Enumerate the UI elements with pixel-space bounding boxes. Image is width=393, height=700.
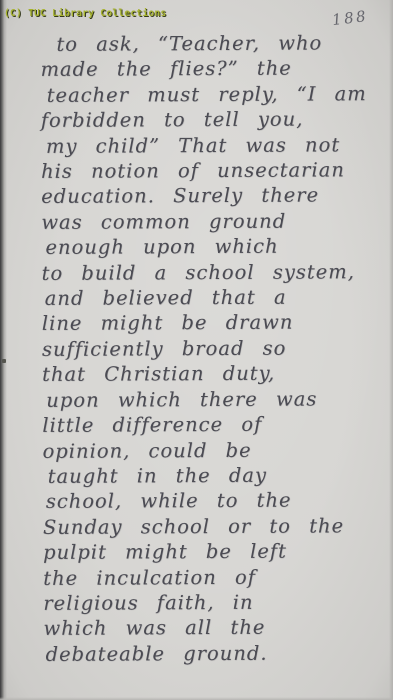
handwritten-line: little difference of (42, 411, 387, 438)
handwritten-line: religious faith, in (43, 589, 388, 616)
handwritten-line: my child” That was not (41, 132, 386, 159)
handwritten-line: which was all the (43, 614, 388, 641)
handwritten-line: debateable ground. (44, 640, 389, 667)
handwritten-line: that Christian duty, (42, 360, 387, 387)
handwritten-line: school, while to the (43, 487, 388, 514)
handwritten-line: to build a school system, (42, 259, 387, 286)
handwritten-line: the inculcation of (43, 564, 388, 591)
handwritten-text-block: to ask, “Teacher, who made the flies?” t… (40, 30, 388, 667)
handwritten-line: to ask, “Teacher, who (40, 30, 385, 57)
manuscript-page: (C) TUC Library Collections 188 to ask, … (0, 0, 393, 700)
handwritten-line: sufficiently broad so (42, 335, 387, 362)
handwritten-line: education. Surely there (41, 183, 386, 210)
handwritten-line: his notion of unsectarian (41, 157, 386, 184)
page-number: 188 (331, 7, 369, 29)
handwritten-line: made the flies?” the (40, 56, 385, 83)
page-right-edge-shadow (389, 0, 393, 700)
handwritten-line: enough upon which (41, 233, 386, 260)
handwritten-line: was common ground (41, 208, 386, 235)
handwritten-line: teacher must reply, “I am (41, 81, 386, 108)
page-left-edge-shadow (0, 0, 7, 700)
ink-speck (2, 359, 6, 363)
handwritten-line: line might be drawn (42, 310, 387, 337)
handwritten-line: taught in the day (43, 462, 388, 489)
handwritten-line: opinion, could be (42, 437, 387, 464)
handwritten-line: upon which there was (42, 386, 387, 413)
handwritten-line: pulpit might be left (43, 538, 388, 565)
handwritten-line: Sunday school or to the (43, 513, 388, 540)
handwritten-line: and believed that a (42, 284, 387, 311)
handwritten-line: forbidden to tell you, (41, 106, 386, 133)
library-copyright-watermark: (C) TUC Library Collections (4, 8, 167, 19)
